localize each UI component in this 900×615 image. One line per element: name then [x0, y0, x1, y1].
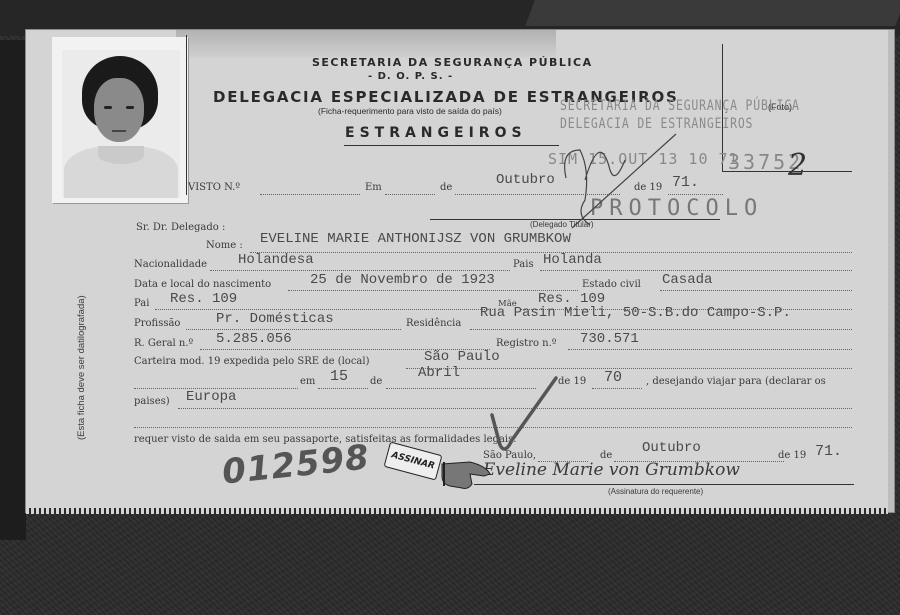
stamp-secretaria: SECRETARIA DA SEGURANÇA PÚBLICA — [560, 98, 800, 114]
header-dops: - D. O. P. S. - — [368, 71, 453, 82]
pai-value: Res. 109 — [170, 291, 237, 307]
nacionalidade-label: Nacionalidade — [134, 259, 207, 270]
registro-label: Registro n.º — [496, 338, 557, 349]
nascimento-value: 25 de Novembro de 1923 — [310, 272, 495, 288]
side-note: (Esta ficha deve ser datilografada) — [76, 295, 87, 440]
paises-label: paises) — [134, 396, 170, 407]
residencia-value: Rua Pasin Mieli, 50-S.B.do Campo-S.P. — [480, 305, 791, 321]
header-divider-left — [186, 35, 187, 195]
profissao-value: Pr. Domésticas — [216, 311, 334, 327]
paises-value: Europa — [186, 389, 236, 405]
viajar-label: , desejando viajar para (declarar os — [646, 376, 826, 387]
header-section-underline — [344, 145, 559, 146]
assinatura-caption: (Assinatura do requerente) — [608, 487, 703, 496]
profissao-label: Profissão — [134, 318, 180, 329]
pointing-hand-icon — [440, 456, 492, 492]
background-left-edge — [0, 40, 26, 540]
residencia-field[interactable] — [470, 329, 852, 330]
delegado-caption: (Delegado Titular) — [530, 220, 594, 229]
carteira-mes-field[interactable] — [386, 388, 536, 389]
carteira-mes-value: Abril — [418, 365, 460, 381]
paises-field[interactable] — [178, 408, 852, 409]
pais-value: Holanda — [543, 252, 602, 268]
card-perforation — [26, 508, 888, 514]
stamp-protocolo: PROTOCOLO — [590, 196, 763, 221]
estado-civil-field[interactable] — [660, 290, 852, 291]
registro-value: 730.571 — [580, 331, 639, 347]
visto-month-field[interactable] — [455, 194, 620, 195]
stamp-date: SIM 15.OUT 13 10 71 — [548, 150, 739, 168]
estado-civil-label: Estado civil — [582, 279, 641, 290]
stamp-delegacia: DELEGACIA DE ESTRANGEIROS — [560, 116, 753, 132]
nacionalidade-value: Holandesa — [238, 252, 314, 268]
visto-year-label: de 19 — [634, 182, 662, 193]
applicant-signature: Eveline Marie von Grumbkow — [483, 460, 740, 480]
residencia-label: Residência — [406, 318, 461, 329]
nascimento-label: Data e local do nascimento — [134, 279, 271, 290]
carteira-dia-field[interactable] — [318, 388, 368, 389]
pai-field[interactable] — [155, 309, 495, 310]
profissao-field[interactable] — [186, 329, 401, 330]
visto-year: 71. — [672, 174, 699, 191]
folder-flap — [525, 0, 900, 26]
carteira-ano-value: 70 — [604, 369, 622, 386]
header-section: ESTRANGEIROS — [345, 125, 527, 141]
data-ano-value: 71. — [815, 443, 842, 460]
visto-de-label: de — [440, 182, 452, 193]
registro-field[interactable] — [568, 349, 852, 350]
visto-day-field[interactable] — [385, 194, 435, 195]
header-secretaria: SECRETARIA DA SEGURANÇA PÚBLICA — [312, 56, 593, 69]
nacionalidade-field[interactable] — [210, 270, 510, 271]
nome-value: EVELINE MARIE ANTHONIJSZ VON GRUMBKOW — [260, 231, 571, 247]
pais-field[interactable] — [540, 270, 852, 271]
addressee: Sr. Dr. Delegado : — [136, 222, 225, 233]
carteira-local-value: São Paulo — [424, 349, 500, 365]
carteira-em-label: em — [300, 376, 315, 387]
visto-em-label: Em — [365, 182, 382, 193]
visto-month: Outubro — [496, 172, 555, 188]
handwritten-digit: 2 — [788, 148, 807, 183]
applicant-photo — [62, 50, 180, 198]
carteira-ano-field[interactable] — [592, 388, 642, 389]
rgeral-label: R. Geral n.º — [134, 338, 193, 349]
carteira-local-field[interactable] — [406, 368, 852, 369]
estado-civil-value: Casada — [662, 272, 712, 288]
nascimento-field[interactable] — [288, 290, 578, 291]
visto-label: VISTO N.º — [188, 182, 240, 193]
data-mes-value: Outubro — [642, 440, 701, 456]
signature-line — [474, 484, 854, 485]
carteira-de-label: de — [370, 376, 382, 387]
pai-label: Pai — [134, 298, 149, 309]
rgeral-value: 5.285.056 — [216, 331, 292, 347]
carteira-dia-value: 15 — [330, 368, 348, 385]
nome-label: Nome : — [206, 240, 243, 251]
visto-year-field[interactable] — [668, 194, 723, 195]
visto-field[interactable] — [260, 194, 360, 195]
header-subtitle: (Ficha-requerimento para visto de saída … — [318, 106, 502, 116]
data-de19-label: de 19 — [778, 450, 806, 461]
pais-label: Pais — [513, 259, 534, 270]
carteira-label: Carteira mod. 19 expedida pelo SRE de (l… — [134, 356, 370, 367]
paises-line2-field[interactable] — [134, 427, 852, 428]
carteira-de19-label: de 19 — [558, 376, 586, 387]
